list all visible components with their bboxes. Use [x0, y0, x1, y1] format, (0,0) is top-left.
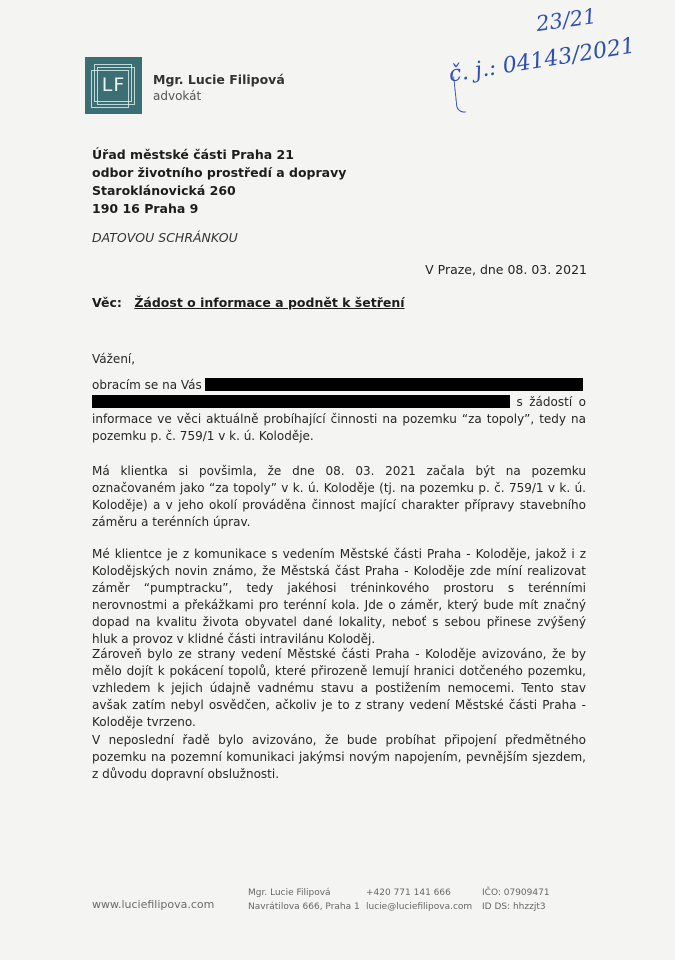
subject-line: Věc: Žádost o informace a podnět k šetře… — [92, 295, 405, 310]
paragraph-2: Má klientka si povšimla, že dne 08. 03. … — [92, 463, 586, 531]
date-line: V Praze, dne 08. 03. 2021 — [425, 262, 587, 277]
footer-ico: IČO: 07909471 — [482, 886, 550, 900]
paragraph-4: Zároveň bylo ze strany vedení Městské čá… — [92, 646, 586, 731]
redaction-bar — [92, 395, 510, 408]
footer-phone: +420 771 141 666 — [366, 886, 472, 900]
delivery-method: DATOVOU SCHRÁNKOU — [92, 230, 238, 245]
recipient-address: Úřad městské části Praha 21 odbor životn… — [92, 146, 346, 218]
recipient-line: 190 16 Praha 9 — [92, 200, 346, 218]
handwritten-reference-top: 23/21 — [535, 4, 598, 36]
footer-name-address: Mgr. Lucie Filipová Navrátilova 666, Pra… — [248, 886, 360, 914]
footer-registration: IČO: 07909471 ID DS: hhzzjt3 — [482, 886, 550, 914]
subject-text: Žádost o informace a podnět k šetření — [134, 295, 404, 310]
handwritten-reference-number: č. j.: 04143/2021 — [447, 33, 637, 87]
firm-logo: LF — [85, 57, 142, 114]
paragraph-3: Mé klientce je z komunikace s vedením Mě… — [92, 546, 586, 648]
footer-name: Mgr. Lucie Filipová — [248, 886, 360, 900]
footer-website: www.luciefilipova.com — [92, 898, 214, 911]
redaction-bar — [205, 378, 583, 391]
firm-role: advokát — [153, 89, 201, 103]
paragraph-1: obracím se na Vás s žádostí o informace … — [92, 377, 586, 445]
recipient-line: odbor životního prostředí a dopravy — [92, 164, 346, 182]
recipient-line: Staroklánovická 260 — [92, 182, 346, 200]
recipient-line: Úřad městské části Praha 21 — [92, 146, 346, 164]
paragraph-5: V neposlední řadě bylo avizováno, že bud… — [92, 732, 586, 783]
subject-label: Věc: — [92, 295, 130, 310]
footer-email: lucie@luciefilipova.com — [366, 900, 472, 914]
footer-contact: +420 771 141 666 lucie@luciefilipova.com — [366, 886, 472, 914]
logo-monogram: LF — [85, 74, 142, 96]
letter-page: LF Mgr. Lucie Filipová advokát 23/21 č. … — [0, 0, 675, 960]
firm-name: Mgr. Lucie Filipová — [153, 72, 285, 87]
footer-id-ds: ID DS: hhzzjt3 — [482, 900, 550, 914]
paragraph-1-start: obracím se na Vás — [92, 378, 202, 392]
footer-address: Navrátilova 666, Praha 1 — [248, 900, 360, 914]
salutation: Vážení, — [92, 351, 586, 368]
